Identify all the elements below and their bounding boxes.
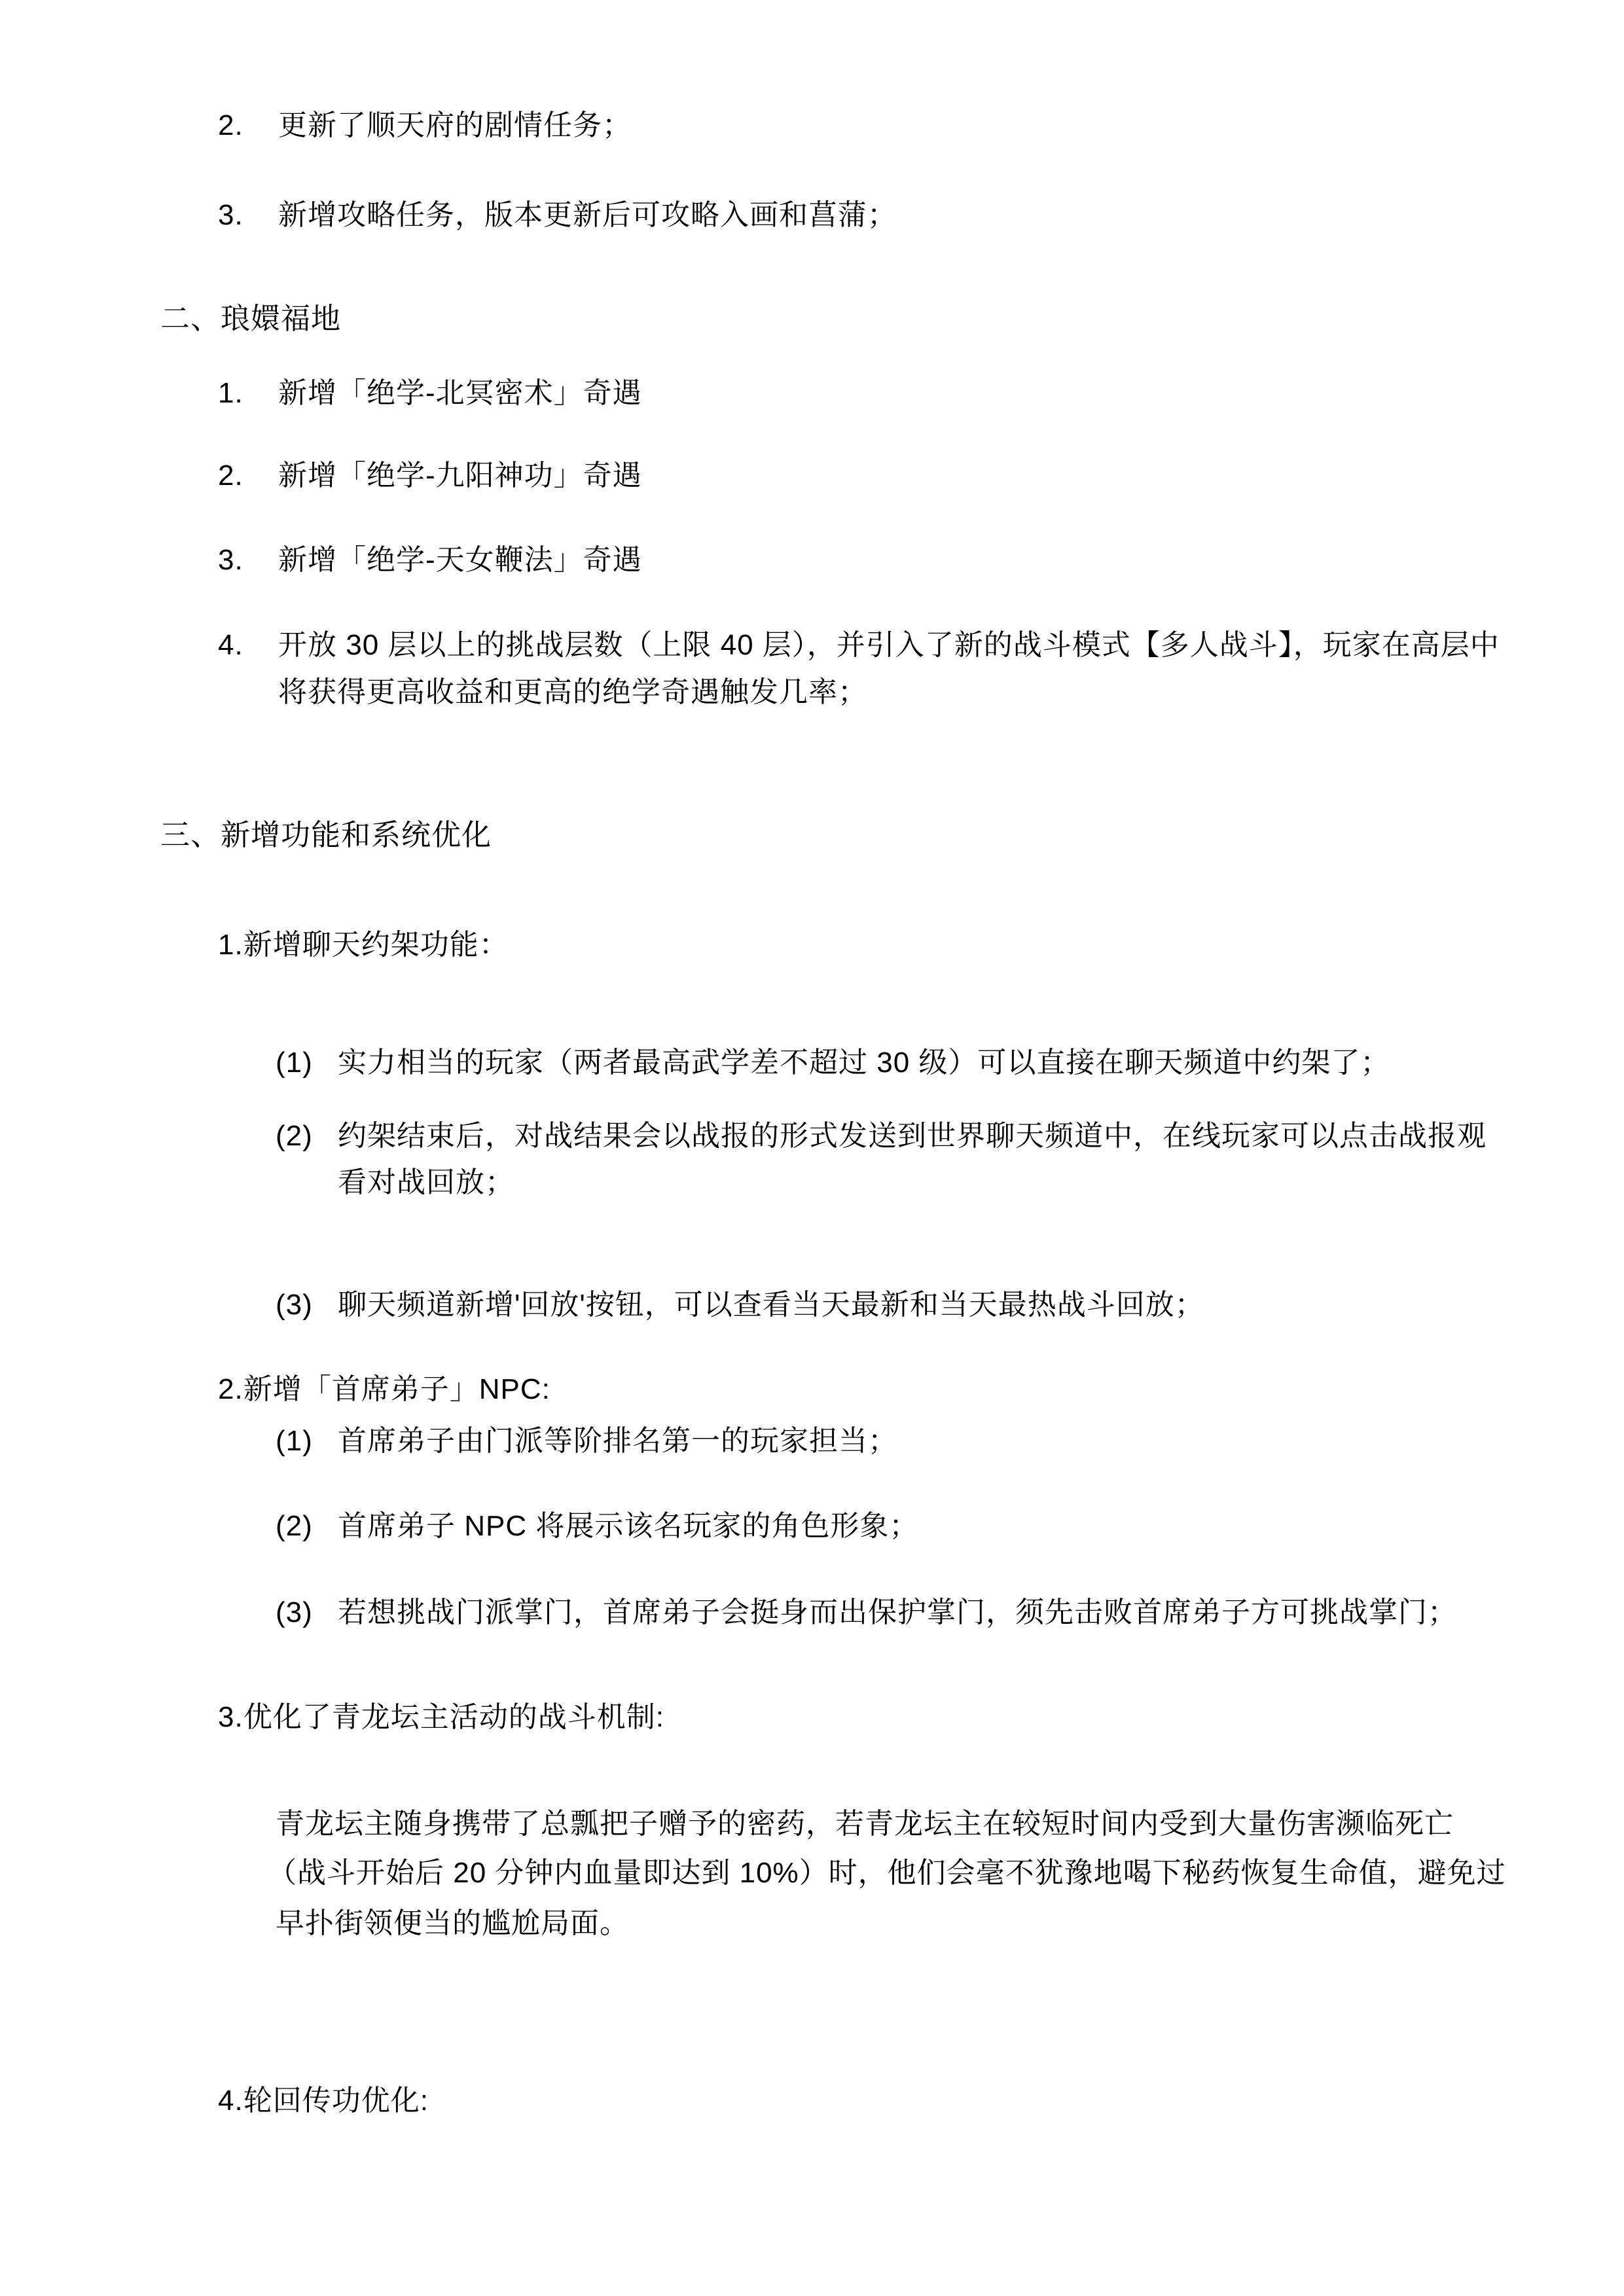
list-item-number: (1) <box>276 1047 313 1079</box>
list-item-number: (3) <box>276 1289 313 1321</box>
section-heading: 三、新增功能和系统优化 <box>160 819 492 851</box>
list-item-number: 4. <box>218 630 244 661</box>
list-item-number: 2. <box>218 460 244 492</box>
list-item-text: 首席弟子由门派等阶排名第一的玩家担当； <box>338 1426 897 1457</box>
list-item-text: 新增「绝学-北冥密术」奇遇 <box>278 378 642 409</box>
list-item-text: 新增攻略任务，版本更新后可攻略入画和菖蒲； <box>278 200 897 231</box>
list-item-number: (2) <box>276 1511 313 1542</box>
list-item-text: 聊天频道新增'回放'按钮，可以查看当天最新和当天最热战斗回放； <box>338 1289 1204 1321</box>
paragraph-line: （战斗开始后 20 分钟内血量即达到 10%）时，他们会毫不犹豫地喝下秘药恢复生… <box>268 1857 1506 1889</box>
subsection-title: 2.新增「首席弟子」NPC: <box>218 1374 550 1405</box>
list-item-text: 更新了顺天府的剧情任务； <box>278 110 632 141</box>
subsection-title: 4.轮回传功优化: <box>218 2085 429 2117</box>
list-item-text: 实力相当的玩家（两者最高武学差不超过 30 级）可以直接在聊天频道中约架了； <box>338 1047 1390 1079</box>
list-item-text: 开放 30 层以上的挑战层数（上限 40 层），并引入了新的战斗模式【多人战斗】… <box>278 630 1500 661</box>
paragraph-line: 青龙坛主随身携带了总瓢把子赠予的密药，若青龙坛主在较短时间内受到大量伤害濒临死亡 <box>276 1808 1454 1840</box>
list-item-text: 看对战回放； <box>338 1167 514 1198</box>
list-item-text: 首席弟子 NPC 将展示该名玩家的角色形象； <box>338 1511 918 1542</box>
list-item-number: 3. <box>218 545 244 576</box>
list-item-number: (1) <box>276 1426 313 1457</box>
document-page: 2. 更新了顺天府的剧情任务； 3. 新增攻略任务，版本更新后可攻略入画和菖蒲；… <box>0 0 1624 2296</box>
list-item-number: 1. <box>218 378 244 409</box>
list-item-text: 约架结束后，对战结果会以战报的形式发送到世界聊天频道中，在线玩家可以点击战报观 <box>338 1121 1487 1152</box>
list-item-number: 2. <box>218 110 244 141</box>
subsection-title: 3.优化了青龙坛主活动的战斗机制: <box>218 1702 664 1733</box>
subsection-title: 1.新增聊天约架功能： <box>218 929 509 961</box>
paragraph-line: 早扑街领便当的尴尬局面。 <box>276 1908 629 1939</box>
list-item-number: (2) <box>276 1121 313 1152</box>
list-item-number: 3. <box>218 200 244 231</box>
list-item-text: 将获得更高收益和更高的绝学奇遇触发几率； <box>278 677 867 708</box>
list-item-text: 新增「绝学-天女鞭法」奇遇 <box>278 545 642 576</box>
list-item-text: 若想挑战门派掌门，首席弟子会挺身而出保护掌门，须先击败首席弟子方可挑战掌门； <box>338 1597 1457 1628</box>
list-item-text: 新增「绝学-九阳神功」奇遇 <box>278 460 642 492</box>
section-heading: 二、琅嬛福地 <box>160 303 341 334</box>
list-item-number: (3) <box>276 1597 313 1628</box>
